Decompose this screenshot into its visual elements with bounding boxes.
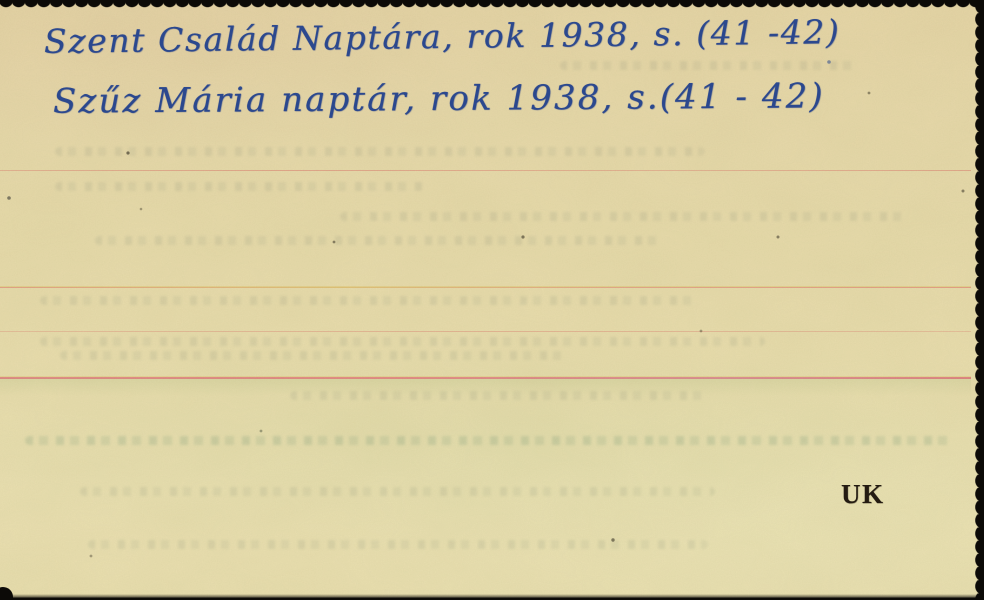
handwritten-line-2: Szűz Mária naptár, rok 1938, s.(41 - 42) — [53, 76, 825, 121]
uk-stamp: UK — [841, 479, 885, 510]
scanned-catalog-card: Szent Család Naptára, rok 1938, s. (41 -… — [0, 0, 984, 600]
